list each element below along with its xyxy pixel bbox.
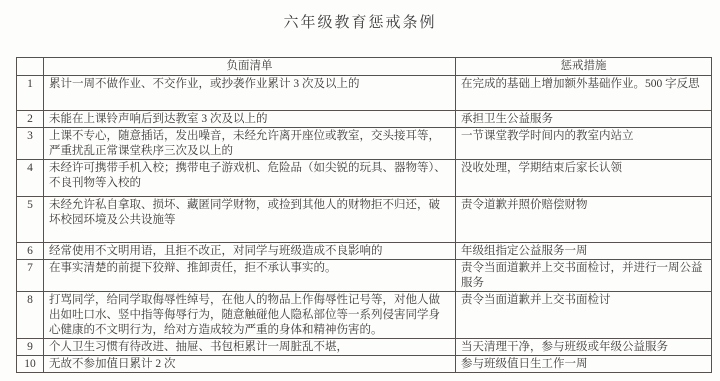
measure-cell: 一节课堂教学时间内的教室内站立 [456,128,712,160]
row-index: 1 [17,76,44,111]
negative-list-cell: 未经许可携带手机入校；携带电子游戏机、危险品（如尖锐的玩具、器物等）、不良刊物等… [44,160,456,197]
measure-cell: 承担卫生公益服务 [456,111,712,128]
header-negative-list: 负面清单 [44,58,456,76]
table-row: 1 累计一周不做作业、不交作业，或抄袭作业累计 3 次及以上的 在完成的基础上增… [17,76,712,111]
negative-list-cell: 无故不参加值日累计 2 次 [44,356,456,373]
negative-list-cell: 在事实清楚的前提下狡辩、推卸责任，拒不承认事实的。 [44,260,456,292]
negative-list-cell: 未经允许私自拿取、损坏、藏匿同学财物，或捡到其他人的财物拒不归还，破坏校园环境及… [44,197,456,243]
row-index: 9 [17,339,44,356]
table-row: 6 经常使用不文明用语，且拒不改正，对同学与班级造成不良影响的 年级组指定公益服… [17,243,712,260]
row-index: 5 [17,197,44,243]
measure-cell: 当天清理干净，参与班级或年级公益服务 [456,339,712,356]
row-index: 7 [17,260,44,292]
measure-cell: 年级组指定公益服务一周 [456,243,712,260]
measure-cell: 责令当面道歉并上交书面检讨 [456,292,712,339]
document-page: 六年级教育惩戒条例 负面清单 惩戒措施 1 累计一周不做作业、不交作业，或抄袭作… [0,0,720,381]
measure-cell: 在完成的基础上增加额外基础作业。500 字反思 [456,76,712,111]
table-row: 4 未经许可携带手机入校；携带电子游戏机、危险品（如尖锐的玩具、器物等）、不良刊… [17,160,712,197]
row-index: 8 [17,292,44,339]
measure-cell: 责令当面道歉并上交书面检讨，并进行一周公益服务 [456,260,712,292]
measure-cell: 参与班级值日生工作一周 [456,356,712,373]
negative-list-cell: 打骂同学，给同学取侮辱性绰号，在他人的物品上作侮辱性记号等，对他人做出如吐口水、… [44,292,456,339]
table-row: 10 无故不参加值日累计 2 次 参与班级值日生工作一周 [17,356,712,373]
table-row: 3 上课不专心，随意插话，发出噪音，未经允许离开座位或教室，交头接耳等，严重扰乱… [17,128,712,160]
header-index [17,58,44,76]
discipline-table: 负面清单 惩戒措施 1 累计一周不做作业、不交作业，或抄袭作业累计 3 次及以上… [16,57,712,373]
negative-list-cell: 个人卫生习惯有待改进、抽屉、书包柜累计一周脏乱不堪， [44,339,456,356]
page-title: 六年级教育惩戒条例 [0,11,720,32]
negative-list-cell: 未能在上课铃声响后到达教室 3 次及以上的 [44,111,456,128]
row-index: 2 [17,111,44,128]
table-row: 2 未能在上课铃声响后到达教室 3 次及以上的 承担卫生公益服务 [17,111,712,128]
row-index: 4 [17,160,44,197]
row-index: 10 [17,356,44,373]
table-row: 7 在事实清楚的前提下狡辩、推卸责任，拒不承认事实的。 责令当面道歉并上交书面检… [17,260,712,292]
table-row: 9 个人卫生习惯有待改进、抽屉、书包柜累计一周脏乱不堪， 当天清理干净，参与班级… [17,339,712,356]
table-row: 5 未经允许私自拿取、损坏、藏匿同学财物，或捡到其他人的财物拒不归还，破坏校园环… [17,197,712,243]
measure-cell: 责令道歉并照价赔偿财物 [456,197,712,243]
row-index: 3 [17,128,44,160]
header-measures: 惩戒措施 [456,58,712,76]
table-row: 8 打骂同学，给同学取侮辱性绰号，在他人的物品上作侮辱性记号等，对他人做出如吐口… [17,292,712,339]
negative-list-cell: 累计一周不做作业、不交作业，或抄袭作业累计 3 次及以上的 [44,76,456,111]
row-index: 6 [17,243,44,260]
table-header-row: 负面清单 惩戒措施 [17,58,712,76]
measure-cell: 没收处理，学期结束后家长认领 [456,160,712,197]
negative-list-cell: 上课不专心，随意插话，发出噪音，未经允许离开座位或教室，交头接耳等，严重扰乱正常… [44,128,456,160]
negative-list-cell: 经常使用不文明用语，且拒不改正，对同学与班级造成不良影响的 [44,243,456,260]
